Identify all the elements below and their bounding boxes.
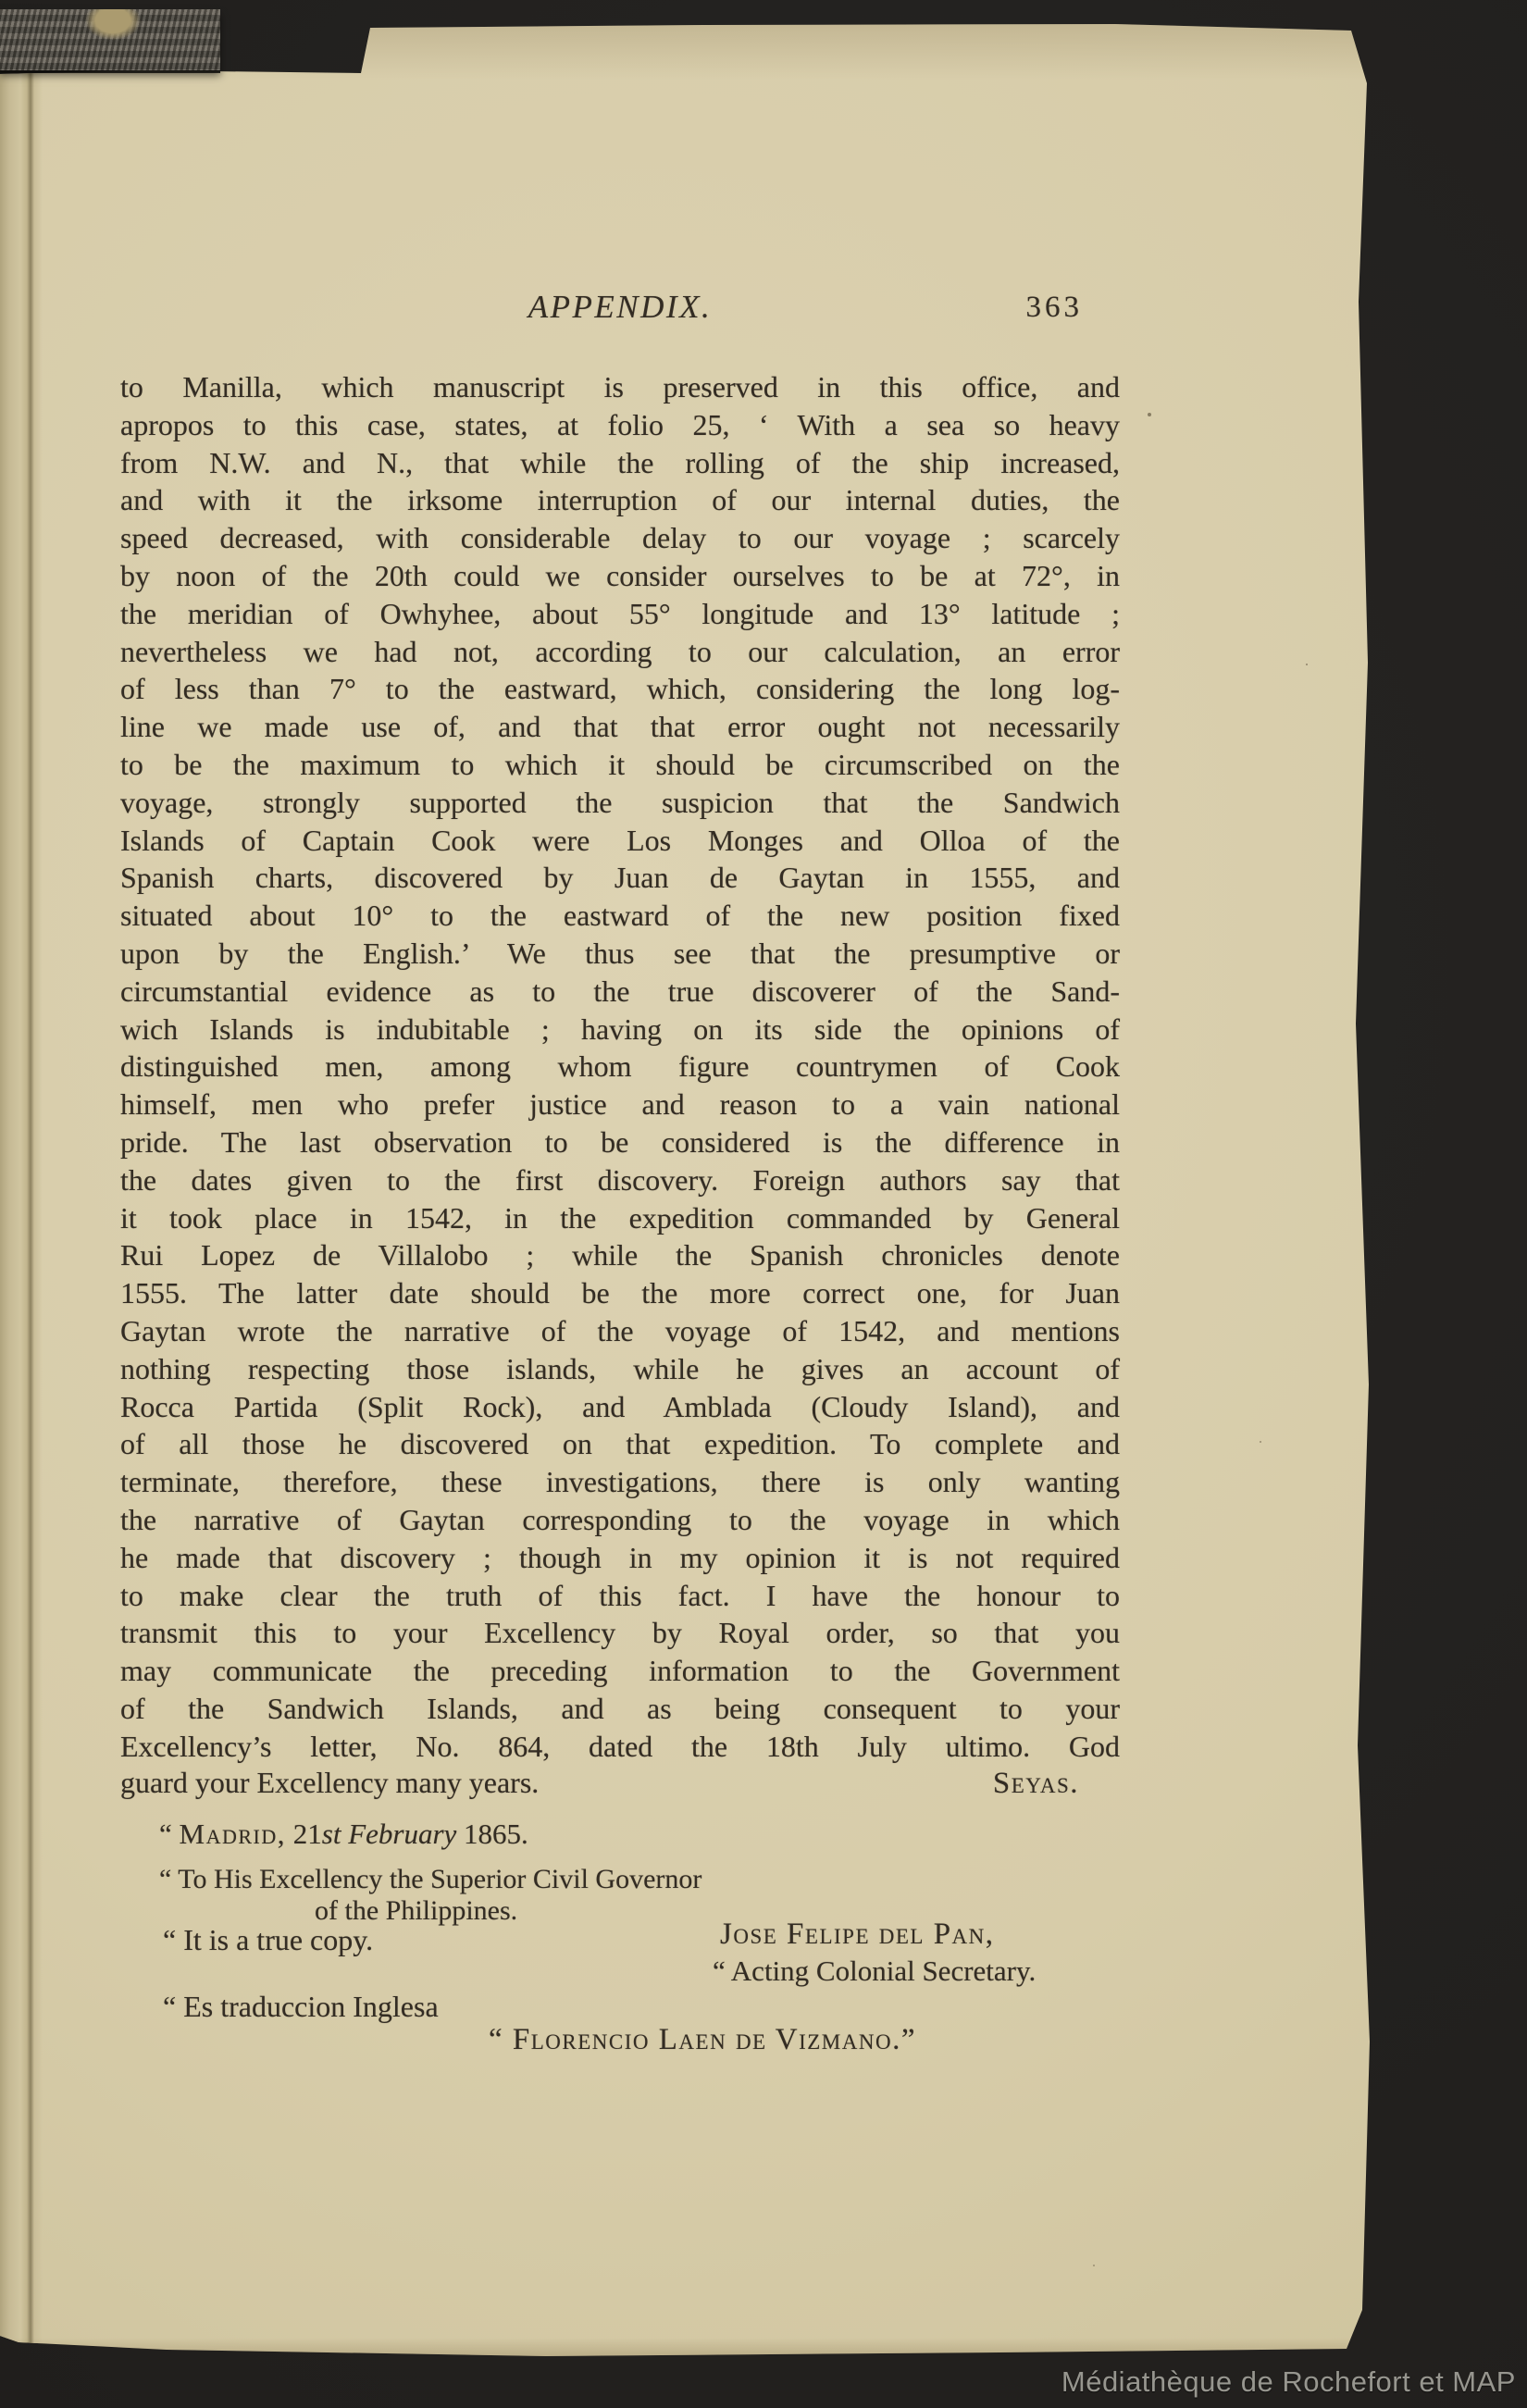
letter-text-line: by noon of the 20th could we consider ou… [120,557,1120,595]
library-watermark: Médiathèque de Rochefort et MAP [1061,2365,1516,2399]
letter-text-line: voyage, strongly supported the suspicion… [120,784,1120,822]
dateline-place: Madrid, [180,1818,286,1850]
letter-text-line: line we made use of, and that that error… [120,708,1120,746]
letter-text-line: himself, men who prefer justice and reas… [120,1086,1120,1123]
letter-text-line: speed decreased, with considerable delay… [120,519,1120,557]
dateline-month: February [348,1818,456,1850]
letter-body: to Manilla, which manuscript is preserve… [120,368,1120,1765]
secretary-title: “ Acting Colonial Secretary. [713,1955,1036,1988]
letter-text-line: terminate, therefore, these investigatio… [120,1463,1120,1501]
signature-seyas: Seyas. [993,1767,1079,1801]
letter-text-line: to Manilla, which manuscript is preserve… [120,368,1120,406]
letter-text-line: wich Islands is indubitable ; having on … [120,1011,1120,1049]
letter-text-line: situated about 10° to the eastward of th… [120,897,1120,935]
closing-text: guard your Excellency many years. [120,1766,539,1800]
letter-text-line: to make clear the truth of this fact. I … [120,1577,1120,1615]
running-header: APPENDIX. 363 [120,289,1120,331]
letter-text-line: the narrative of Gaytan corresponding to… [120,1501,1120,1539]
letter-text-line: transmit this to your Excellency by Roya… [120,1614,1120,1652]
page-title: APPENDIX. [120,289,1120,326]
letter-text-line: Gaytan wrote the narrative of the voyage… [120,1312,1120,1350]
translator-name: “ Florencio Laen de Vizmano.” [489,2023,916,2057]
dateline-day: 21 [286,1818,322,1850]
letter-text-line: pride. The last observation to be consid… [120,1123,1120,1161]
letter-text-line: he made that discovery ; though in my op… [120,1539,1120,1577]
letter-text-line: of the Sandwich Islands, and as being co… [120,1690,1120,1728]
letter-text-line: and with it the irksome interruption of … [120,481,1120,519]
letter-text-line: Rocca Partida (Split Rock), and Amblada … [120,1388,1120,1426]
address-line-1: “ To His Excellency the Superior Civil G… [159,1864,701,1895]
letter-text-line: Spanish charts, discovered by Juan de Ga… [120,859,1120,897]
letter-text-line: nevertheless we had not, according to ou… [120,633,1120,671]
letter-text-line: of less than 7° to the eastward, which, … [120,670,1120,708]
letter-text-line: from N.W. and N., that while the rolling… [120,444,1120,482]
dateline-day-suffix: st [322,1818,348,1850]
letter-text-line: upon by the English.’ We thus see that t… [120,935,1120,973]
letter-text-line: Rui Lopez de Villalobo ; while the Spani… [120,1236,1120,1274]
open-quote: “ [159,1818,180,1850]
letter-text-line: to be the maximum to which it should be … [120,746,1120,784]
paper-speck [1148,413,1151,416]
letter-text-line: apropos to this case, states, at folio 2… [120,406,1120,444]
translation-note: “ Es traduccion Inglesa [163,1990,439,2024]
attestation-true-copy: “ It is a true copy. [163,1923,373,1957]
book-page: APPENDIX. 363 to Manilla, which manuscri… [0,24,1397,2356]
letter-text-line: 1555. The latter date should be the more… [120,1274,1120,1312]
letter-text-line: Excellency’s letter, No. 864, dated the … [120,1728,1120,1766]
letter-text-line: the meridian of Owhyhee, about 55° longi… [120,595,1120,633]
dateline: “ Madrid, 21st February 1865. [159,1818,528,1851]
book-headband-fabric [0,9,220,70]
letter-text-line: it took place in 1542, in the expedition… [120,1199,1120,1237]
closing-line: guard your Excellency many years. Seyas. [120,1766,1120,1801]
secretary-name: Jose Felipe del Pan, [720,1918,995,1952]
letter-text-line: of all those he discovered on that exped… [120,1425,1120,1463]
letter-text-line: nothing respecting those islands, while … [120,1350,1120,1388]
letter-text-line: may communicate the preceding informatio… [120,1652,1120,1690]
letter-text-line: circumstantial evidence as to the true d… [120,973,1120,1011]
dateline-year: 1865. [456,1818,528,1850]
scan-background: APPENDIX. 363 to Manilla, which manuscri… [0,0,1527,2408]
address-line-2: of the Philippines. [315,1895,517,1927]
letter-text-line: the dates given to the first discovery. … [120,1161,1120,1199]
page-number: 363 [1026,291,1084,325]
letter-text-line: Islands of Captain Cook were Los Monges … [120,822,1120,860]
letter-text-line: distinguished men, among whom figure cou… [120,1048,1120,1086]
